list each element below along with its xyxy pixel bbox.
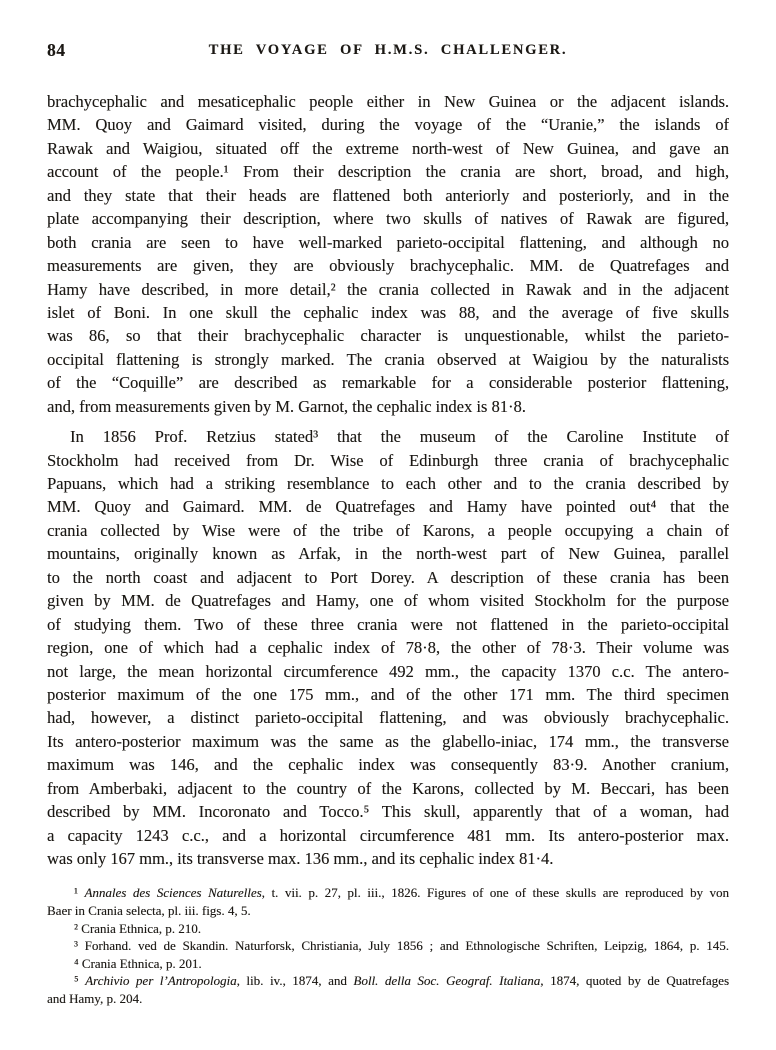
text-line: occipital flattening is strongly marked.… xyxy=(47,348,729,371)
text-line: was 86, so that their brachycephalic cha… xyxy=(47,324,729,347)
footnote-marker: ¹ xyxy=(74,885,84,900)
footnote-source-italic: Boll. della Soc. Geograf. Italiana xyxy=(353,973,540,988)
footnote-text: Baer in Crania selecta, pl. iii. figs. 4… xyxy=(47,903,251,918)
scanned-page: 84 THE VOYAGE OF H.M.S. CHALLENGER. brac… xyxy=(0,0,776,1050)
text-line: posterior maximum of the one 175 mm., an… xyxy=(47,683,729,706)
text-line: MM. Quoy and Gaimard visited, during the… xyxy=(47,113,729,136)
text-line: not large, the mean horizontal circumfer… xyxy=(47,660,729,683)
footnote-line: ⁵ Archivio per l’Antropologia, lib. iv.,… xyxy=(47,972,729,990)
text-line: and they state that their heads are flat… xyxy=(47,184,729,207)
text-line: of studying them. Two of these three cra… xyxy=(47,613,729,636)
text-line: Stockholm had received from Dr. Wise of … xyxy=(47,449,729,472)
text-line: maximum was 146, and the cephalic index … xyxy=(47,753,729,776)
footnote-text: ⁴ Crania Ethnica, p. 201. xyxy=(74,956,202,971)
text-line: had, however, a distinct parieto-occipit… xyxy=(47,706,729,729)
footnote-source-italic: Annales des Sciences Naturelles xyxy=(84,885,261,900)
text-line: described by MM. Incoronato and Tocco.⁵ … xyxy=(47,800,729,823)
page-number: 84 xyxy=(47,40,66,61)
text-line: Papuans, which had a striking resemblanc… xyxy=(47,472,729,495)
footnote-text: ² Crania Ethnica, p. 210. xyxy=(74,921,201,936)
footnote-text: , lib. iv., 1874, and xyxy=(237,973,354,988)
text-line: mountains, originally known as Arfak, in… xyxy=(47,542,729,565)
text-line: region, one of which had a cephalic inde… xyxy=(47,636,729,659)
footnote-text: ³ Forhand. ved de Skandin. Naturforsk, C… xyxy=(74,938,729,953)
text-line: given by MM. de Quatrefages and Hamy, on… xyxy=(47,589,729,612)
footnote-line: ³ Forhand. ved de Skandin. Naturforsk, C… xyxy=(47,937,729,955)
text-line: measurements are given, they are obvious… xyxy=(47,254,729,277)
text-line: of the “Coquille” are described as remar… xyxy=(47,371,729,394)
page-header: 84 THE VOYAGE OF H.M.S. CHALLENGER. xyxy=(0,0,776,64)
text-line: a capacity 1243 c.c., and a horizontal c… xyxy=(47,824,729,847)
paragraph-2: In 1856 Prof. Retzius stated³ that the m… xyxy=(47,425,729,870)
footnote-line: ² Crania Ethnica, p. 210. xyxy=(47,920,729,938)
text-line: Hamy have described, in more detail,² th… xyxy=(47,278,729,301)
text-line: brachycephalic and mesaticephalic people… xyxy=(47,90,729,113)
footnote-line: ⁴ Crania Ethnica, p. 201. xyxy=(47,955,729,973)
footnote-text: and Hamy, p. 204. xyxy=(47,991,142,1006)
running-title: THE VOYAGE OF H.M.S. CHALLENGER. xyxy=(0,42,776,59)
text-line: In 1856 Prof. Retzius stated³ that the m… xyxy=(47,425,729,448)
text-line: Rawak and Waigiou, situated off the extr… xyxy=(47,137,729,160)
text-line: account of the people.¹ From their descr… xyxy=(47,160,729,183)
page-body: brachycephalic and mesaticephalic people… xyxy=(47,90,729,870)
footnote-marker: ⁵ xyxy=(74,973,85,988)
text-line: Its antero-posterior maximum was the sam… xyxy=(47,730,729,753)
footnote-text: , 1874, quoted by de Quatrefages xyxy=(540,973,729,988)
text-line: crania collected by Wise were of the tri… xyxy=(47,519,729,542)
paragraph-1: brachycephalic and mesaticephalic people… xyxy=(47,90,729,418)
text-line: was only 167 mm., its transverse max. 13… xyxy=(47,847,729,870)
text-line: both crania are seen to have well-marked… xyxy=(47,231,729,254)
footnote-source-italic: Archivio per l’Antropologia xyxy=(85,973,237,988)
text-line: from Amberbaki, adjacent to the country … xyxy=(47,777,729,800)
text-line: MM. Quoy and Gaimard. MM. de Quatrefages… xyxy=(47,495,729,518)
text-line: islet of Boni. In one skull the cephalic… xyxy=(47,301,729,324)
text-line: plate accompanying their description, wh… xyxy=(47,207,729,230)
text-line: to the north coast and adjacent to Port … xyxy=(47,566,729,589)
footnote-text: , t. vii. p. 27, pl. iii., 1826. Figures… xyxy=(262,885,729,900)
footnote-line: ¹ Annales des Sciences Naturelles, t. vi… xyxy=(47,884,729,902)
footnote-line: and Hamy, p. 204. xyxy=(47,990,729,1008)
footnotes: ¹ Annales des Sciences Naturelles, t. vi… xyxy=(47,884,729,1007)
footnote-line: Baer in Crania selecta, pl. iii. figs. 4… xyxy=(47,902,729,920)
text-line: and, from measurements given by M. Garno… xyxy=(47,395,729,418)
